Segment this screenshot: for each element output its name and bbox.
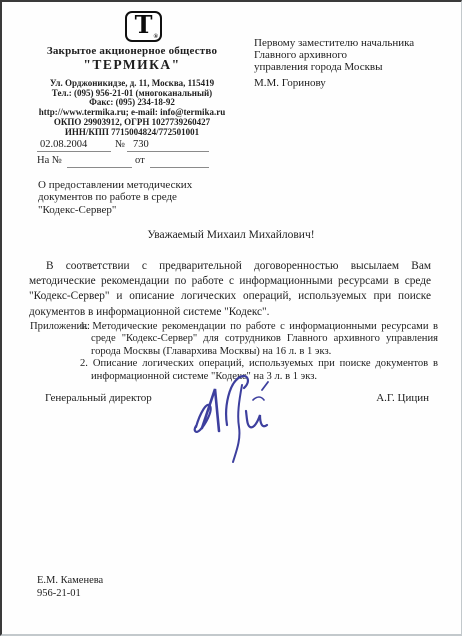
attachment-item: 1. Методические рекомендации по работе с… [80, 321, 438, 358]
addressee-block: Первому заместителю начальника Главного … [254, 38, 444, 90]
ref-number: 730 [133, 139, 149, 150]
addressee-line: Главного архивного [254, 50, 444, 62]
signature-title: Генеральный директор [45, 392, 152, 404]
org-name: "ТЕРМИКА" [30, 57, 234, 73]
signature-scribble [190, 373, 275, 463]
executor-block: Е.М. Каменева 956-21-01 [37, 574, 103, 600]
executor-phone: 956-21-01 [37, 587, 103, 600]
number-sign: № [115, 139, 125, 150]
contact-inn-kpp: ИНН/КПП 7715004824/772501001 [16, 128, 248, 138]
subject-line: О предоставлении методических [38, 179, 228, 191]
subject-line: "Кодекс-Сервер" [38, 204, 228, 216]
salutation: Уважаемый Михаил Михайлович! [29, 229, 433, 241]
date-underline [37, 151, 111, 152]
body-paragraph: В соответствии с предварительной договор… [29, 259, 431, 319]
addressee-line: управления города Москвы [254, 62, 444, 74]
reply-from-label: от [135, 155, 145, 166]
reply-number-underline [67, 167, 132, 168]
reference-block: 02.08.2004 № 730 На № от [37, 139, 217, 171]
signatory-name: А.Г. Цицин [376, 392, 429, 404]
reply-from-underline [150, 167, 209, 168]
executor-name: Е.М. Каменева [37, 574, 103, 587]
subject-line: документов по работе в среде [38, 191, 228, 203]
reply-number-label: На № [37, 155, 62, 166]
company-logo: Т ® [125, 11, 162, 42]
org-type: Закрытое акционерное общество [30, 45, 234, 57]
number-underline [127, 151, 209, 152]
registered-trademark-icon: ® [154, 34, 158, 40]
addressee-name: М.М. Горинову [254, 78, 444, 90]
subject-block: О предоставлении методических документов… [38, 179, 228, 216]
scanned-letter-page: Т ® Закрытое акционерное общество "ТЕРМИ… [0, 0, 462, 636]
contact-block: Ул. Орджоникидзе, д. 11, Москва, 115419 … [16, 79, 248, 137]
ref-date: 02.08.2004 [40, 139, 87, 150]
attachments-label: Приложения: [30, 321, 80, 383]
